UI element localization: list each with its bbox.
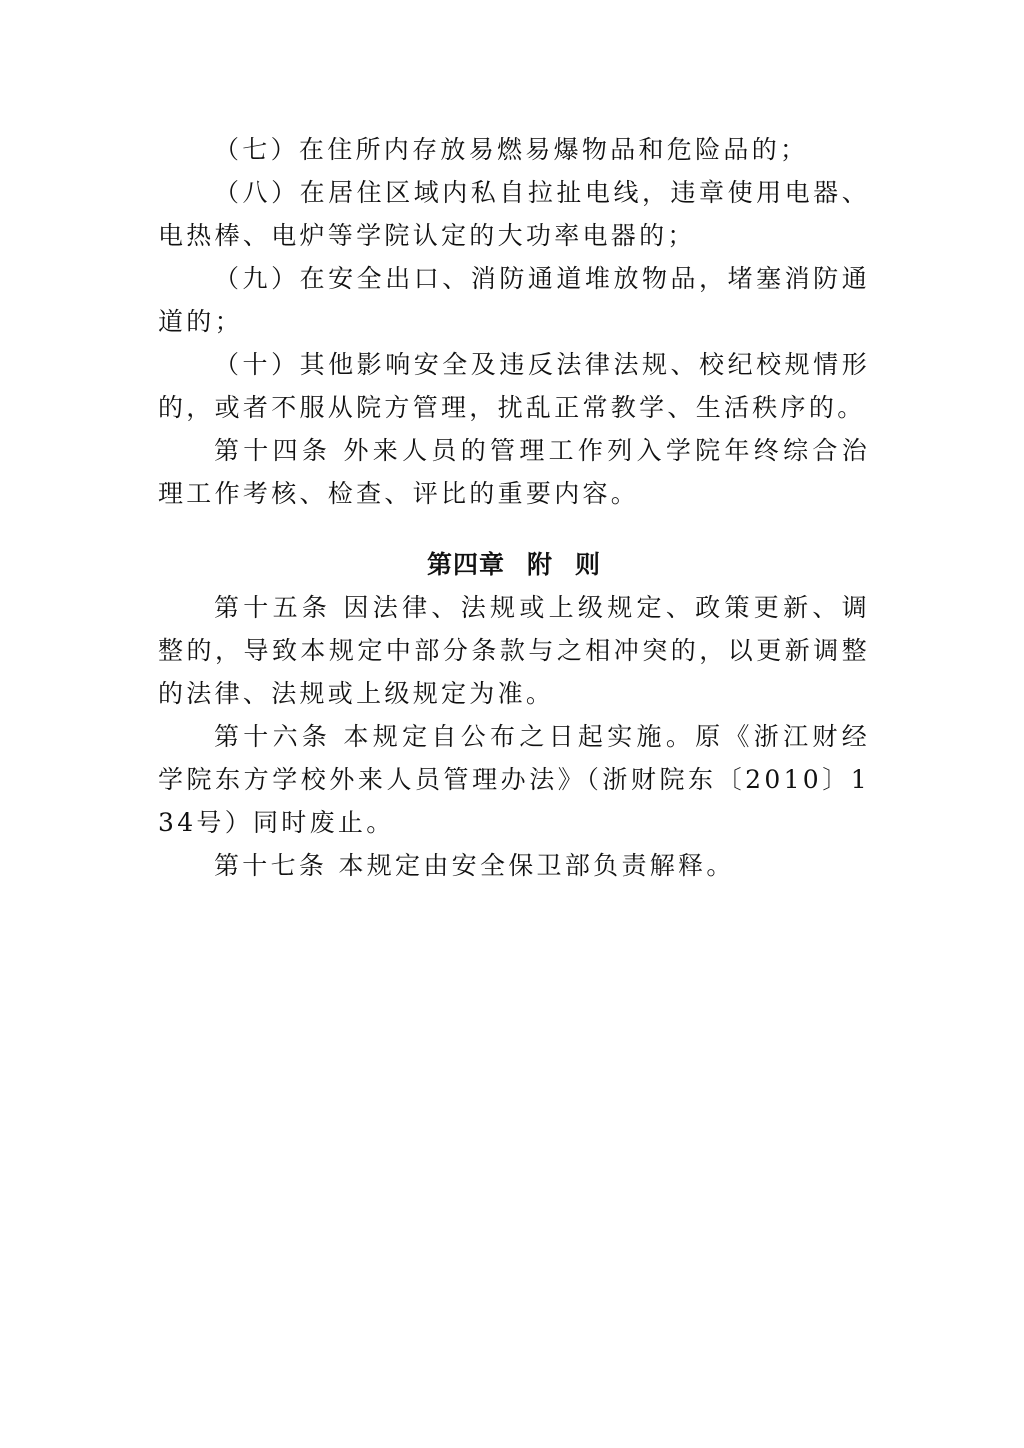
document-page: （七）在住所内存放易燃易爆物品和危险品的； （八）在居住区域内私自拉扯电线，违章… xyxy=(158,128,870,887)
clause-item-9: （九）在安全出口、消防通道堆放物品，堵塞消防通道的； xyxy=(158,257,870,343)
clause-item-10: （十）其他影响安全及违反法律法规、校纪校规情形的，或者不服从院方管理，扰乱正常教… xyxy=(158,343,870,429)
chapter-heading: 第四章附则 xyxy=(158,543,870,586)
article-17: 第十七条 本规定由安全保卫部负责解释。 xyxy=(158,844,870,887)
chapter-number: 第四章 xyxy=(427,550,505,579)
article-15: 第十五条 因法律、法规或上级规定、政策更新、调整的，导致本规定中部分条款与之相冲… xyxy=(158,586,870,715)
chapter-title-part2: 则 xyxy=(575,550,601,579)
article-14: 第十四条 外来人员的管理工作列入学院年终综合治理工作考核、检查、评比的重要内容。 xyxy=(158,429,870,515)
article-16: 第十六条 本规定自公布之日起实施。原《浙江财经学院东方学校外来人员管理办法》（浙… xyxy=(158,715,870,844)
chapter-title-part1: 附 xyxy=(527,550,553,579)
clause-item-8: （八）在居住区域内私自拉扯电线，违章使用电器、电热棒、电炉等学院认定的大功率电器… xyxy=(158,171,870,257)
clause-item-7: （七）在住所内存放易燃易爆物品和危险品的； xyxy=(158,128,870,171)
